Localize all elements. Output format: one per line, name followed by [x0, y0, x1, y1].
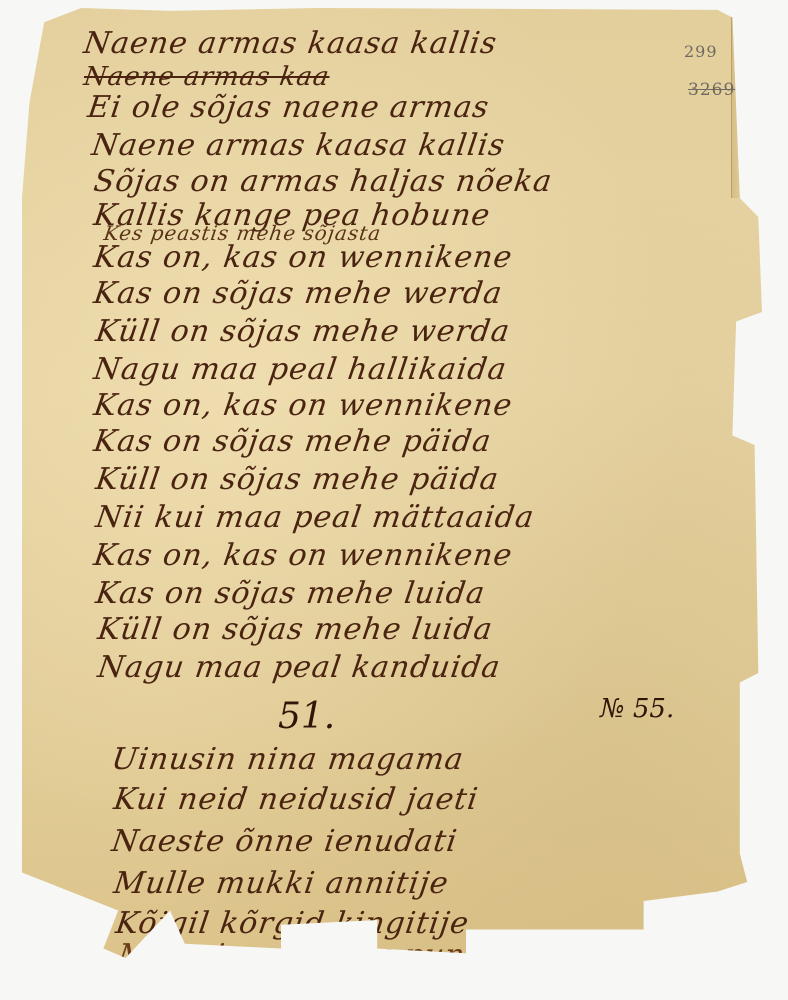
poem-line: Kas on sõjas mehe päida	[92, 424, 494, 459]
poem-line: Küll on sõjas mehe luida	[96, 612, 496, 647]
poem-line: Kõigil kõrgid kingitije	[114, 906, 472, 941]
poem-line: Mulle mukki annitije	[112, 866, 452, 901]
poem-line: Kas on sõjas mehe werda	[92, 276, 505, 311]
poem-number: 51.	[278, 696, 335, 737]
catalog-number: № 55.	[600, 694, 674, 724]
poem-line: Naeste õnne ienudati	[110, 824, 460, 859]
poem-line: Uinusin nina magama	[110, 742, 467, 777]
poem-line: Kas on, kas on wennikene	[92, 240, 515, 275]
poem-line-struck: Naene armas kaa	[82, 62, 332, 92]
manuscript-page: 299 3269 Naene armas kaasa kallis Naene …	[22, 8, 762, 958]
poem-line: Küll on sõjas mehe werda	[94, 314, 513, 349]
tear-mark	[582, 943, 732, 955]
archive-number-struck: 3269	[688, 80, 735, 100]
poem-line: Sõjas on armas haljas nõeka	[92, 164, 555, 199]
poem-line: Kas on sõjas mehe luida	[94, 576, 488, 611]
poem-line: Naene armas kaasa kallis	[82, 26, 500, 61]
poem-line: Küll on sõjas mehe päida	[94, 462, 502, 497]
poem-line: Kui neid neidusid jaeti	[112, 782, 481, 817]
poem-line-torn: Ma sain musta ja punala	[116, 938, 516, 973]
poem-line: Nagu maa peal kanduida	[96, 650, 503, 685]
archive-number: 299	[684, 42, 718, 61]
paper-fold	[731, 8, 756, 198]
poem-line: Kas on, kas on wennikene	[92, 538, 515, 573]
poem-line: Ei ole sõjas naene armas	[86, 90, 492, 125]
poem-line: Kas on, kas on wennikene	[92, 388, 515, 423]
poem-line: Nagu maa peal hallikaida	[92, 352, 510, 387]
poem-line: Nii kui maa peal mättaaida	[94, 500, 537, 535]
poem-line: Naene armas kaasa kallis	[90, 128, 508, 163]
